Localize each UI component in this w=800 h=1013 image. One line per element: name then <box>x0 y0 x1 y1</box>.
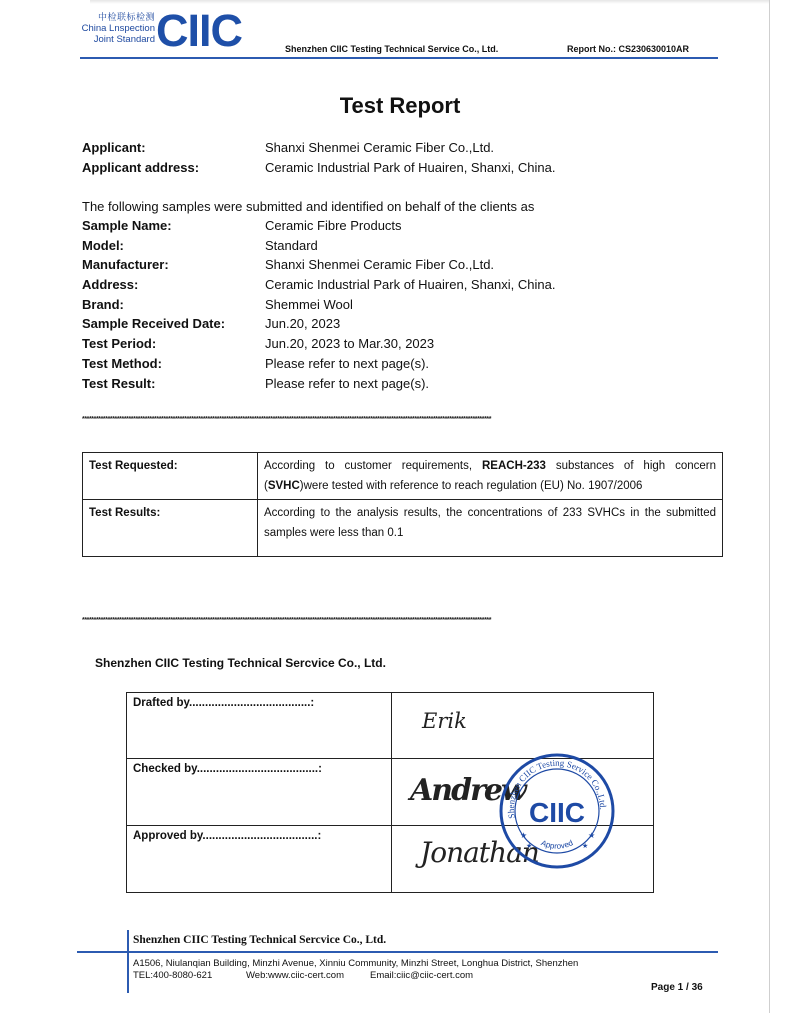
header-divider <box>80 57 718 59</box>
table-row-requested: Test Requested: According to customer re… <box>83 453 723 500</box>
info-row-sample-name: Sample Name:Ceramic Fibre Products <box>82 216 555 236</box>
svg-text:Approved: Approved <box>540 838 575 850</box>
asterisk-separator-2: ****************************************… <box>82 617 722 624</box>
info-row-address: Address:Ceramic Industrial Park of Huair… <box>82 275 555 295</box>
footer-vertical-rule <box>127 930 129 993</box>
footer-divider <box>77 951 718 953</box>
footer-company: Shenzhen CIIC Testing Technical Sercvice… <box>133 934 386 946</box>
sample-intro: The following samples were submitted and… <box>82 199 534 214</box>
info-row-test-period: Test Period:Jun.20, 2023 to Mar.30, 2023 <box>82 334 555 354</box>
signature-erik: Erik <box>422 709 467 733</box>
footer-tel: TEL:400-8080-621 <box>133 970 246 982</box>
requested-value: According to customer requirements, REAC… <box>258 453 723 500</box>
logo-subtitle: 中检联标检测 China Lnspection Joint Standard <box>80 12 155 45</box>
info-row-applicant: Applicant: Shanxi Shenmei Ceramic Fiber … <box>82 138 555 158</box>
info-row-test-result: Test Result:Please refer to next page(s)… <box>82 374 555 394</box>
page-title: Test Report <box>0 93 800 119</box>
page-top-shadow <box>90 0 770 4</box>
drafted-label: Drafted by..............................… <box>127 693 392 759</box>
results-label: Test Results: <box>83 500 258 557</box>
approved-label: Approved by.............................… <box>127 826 392 893</box>
approval-stamp-icon: Shenzhen CIIC Testing Service Co.,Ltd. C… <box>498 752 616 870</box>
footer-email-link[interactable]: Email:ciic@ciic-cert.com <box>370 970 473 982</box>
info-row-manufacturer: Manufacturer:Shanxi Shenmei Ceramic Fibe… <box>82 255 555 275</box>
drafted-signature-cell: Erik <box>392 693 654 759</box>
sample-info: Sample Name:Ceramic Fibre Products Model… <box>82 216 555 393</box>
info-row-received-date: Sample Received Date:Jun.20, 2023 <box>82 314 555 334</box>
svg-text:★: ★ <box>520 831 527 840</box>
info-row-applicant-address: Applicant address: Ceramic Industrial Pa… <box>82 158 555 178</box>
info-row-test-method: Test Method:Please refer to next page(s)… <box>82 354 555 374</box>
svg-text:★: ★ <box>582 842 588 850</box>
page-number: Page 1 / 36 <box>651 982 703 993</box>
info-row-model: Model:Standard <box>82 236 555 256</box>
stamp-center-text: CIIC <box>529 797 585 828</box>
header-company: Shenzhen CIIC Testing Technical Service … <box>285 44 498 54</box>
results-value: According to the analysis results, the c… <box>258 500 723 557</box>
asterisk-separator: ****************************************… <box>82 416 722 423</box>
signature-row-drafted: Drafted by..............................… <box>127 693 654 759</box>
page-edge <box>769 0 770 1013</box>
footer-web-link[interactable]: Web:www.ciic-cert.com <box>246 970 370 982</box>
requested-label: Test Requested: <box>83 453 258 500</box>
svg-text:★: ★ <box>588 831 595 840</box>
signature-company: Shenzhen CIIC Testing Technical Sercvice… <box>95 656 386 670</box>
footer-address: A1506, Niulanqian Building, Minzhi Avenu… <box>133 958 578 970</box>
footer-contact: TEL:400-8080-621 Web:www.ciic-cert.com E… <box>133 970 473 982</box>
checked-label: Checked by..............................… <box>127 759 392 826</box>
stamp-bottom-text: Approved <box>540 838 575 850</box>
info-row-brand: Brand:Shemmei Wool <box>82 295 555 315</box>
table-row-results: Test Results: According to the analysis … <box>83 500 723 557</box>
applicant-info: Applicant: Shanxi Shenmei Ceramic Fiber … <box>82 138 555 177</box>
report-number: Report No.: CS230630010AR <box>567 44 689 54</box>
svg-text:★: ★ <box>526 842 532 850</box>
logo-mark: CIIC <box>156 8 242 54</box>
test-request-table: Test Requested: According to customer re… <box>82 452 723 557</box>
